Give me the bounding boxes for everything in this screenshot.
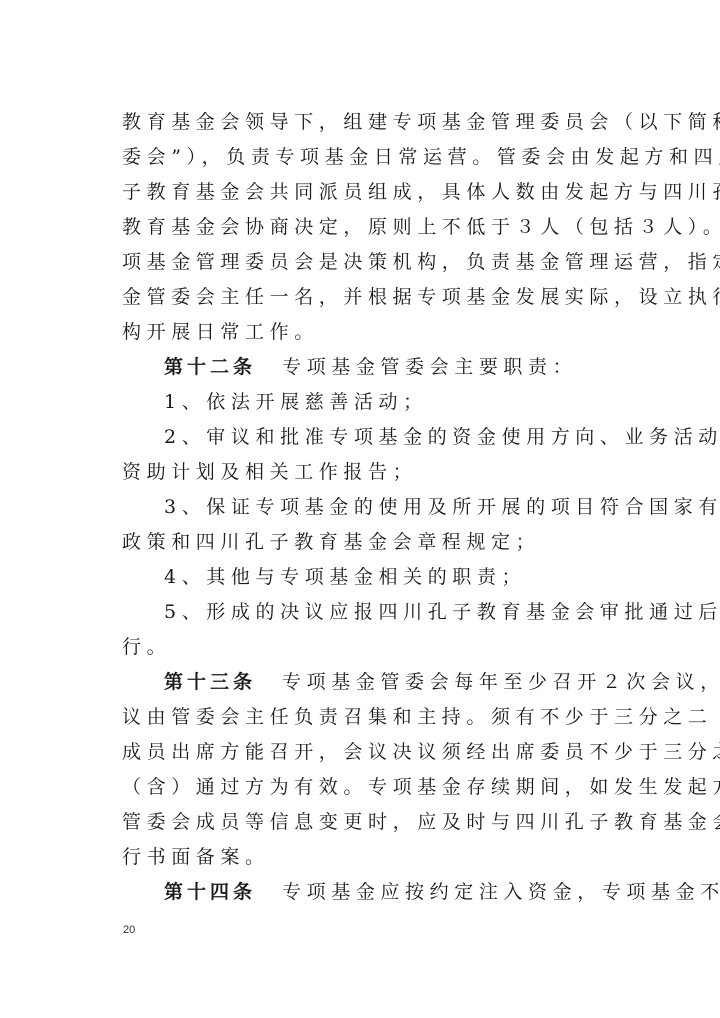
paragraph-line: 金管委会主任一名，并根据专项基金发展实际，设立执行机 — [122, 280, 624, 315]
article-13-text: 专项基金管委会每年至少召开２次会议，会 — [282, 671, 720, 693]
article-12-item-5: 5、形成的决议应报四川孔子教育基金会审批通过后执 — [122, 595, 624, 630]
document-body: 教育基金会领导下，组建专项基金管理委员会（以下简称“管 委会”），负责专项基金日… — [122, 105, 624, 910]
article-14: 第十四条专项基金应按约定注入资金，专项基金不具 — [122, 875, 624, 910]
article-12-item-5-cont: 行。 — [122, 630, 624, 665]
article-12-item-4: 4、其他与专项基金相关的职责； — [122, 560, 624, 595]
article-12-item-2-cont: 资助计划及相关工作报告； — [122, 455, 624, 490]
article-13-line: 管委会成员等信息变更时，应及时与四川孔子教育基金会进 — [122, 805, 624, 840]
article-12-text: 专项基金管委会主要职责： — [282, 356, 577, 378]
document-page: 教育基金会领导下，组建专项基金管理委员会（以下简称“管 委会”），负责专项基金日… — [0, 0, 720, 1018]
article-14-heading: 第十四条 — [164, 881, 256, 903]
article-13-line: 行书面备案。 — [122, 840, 624, 875]
paragraph-line: 委会”），负责专项基金日常运营。管委会由发起方和四川孔 — [122, 140, 624, 175]
paragraph-line: 构开展日常工作。 — [122, 315, 624, 350]
paragraph-line: 教育基金会协商决定，原则上不低于３人（包括３人）。专 — [122, 210, 624, 245]
article-12-item-1: 1、依法开展慈善活动； — [122, 385, 624, 420]
article-12-item-3-cont: 政策和四川孔子教育基金会章程规定； — [122, 525, 624, 560]
paragraph-line: 项基金管理委员会是决策机构，负责基金管理运营，指定基 — [122, 245, 624, 280]
article-13-line: 成员出席方能召开，会议决议须经出席委员不少于三分之二 — [122, 735, 624, 770]
article-13-line: 议由管委会主任负责召集和主持。须有不少于三分之二（含） — [122, 700, 624, 735]
page-number: 20 — [123, 924, 135, 936]
article-13-heading: 第十三条 — [164, 671, 256, 693]
article-12-item-3: 3、保证专项基金的使用及所开展的项目符合国家有关 — [122, 490, 624, 525]
article-14-text: 专项基金应按约定注入资金，专项基金不具 — [282, 881, 720, 903]
article-12: 第十二条专项基金管委会主要职责： — [122, 350, 624, 385]
article-13: 第十三条专项基金管委会每年至少召开２次会议，会 — [122, 665, 624, 700]
paragraph-line: 教育基金会领导下，组建专项基金管理委员会（以下简称“管 — [122, 105, 624, 140]
article-12-heading: 第十二条 — [164, 356, 256, 378]
article-12-item-2: 2、审议和批准专项基金的资金使用方向、业务活动、 — [122, 420, 624, 455]
paragraph-line: 子教育基金会共同派员组成，具体人数由发起方与四川孔子 — [122, 175, 624, 210]
article-13-line: （含）通过方为有效。专项基金存续期间，如发生发起方、 — [122, 770, 624, 805]
